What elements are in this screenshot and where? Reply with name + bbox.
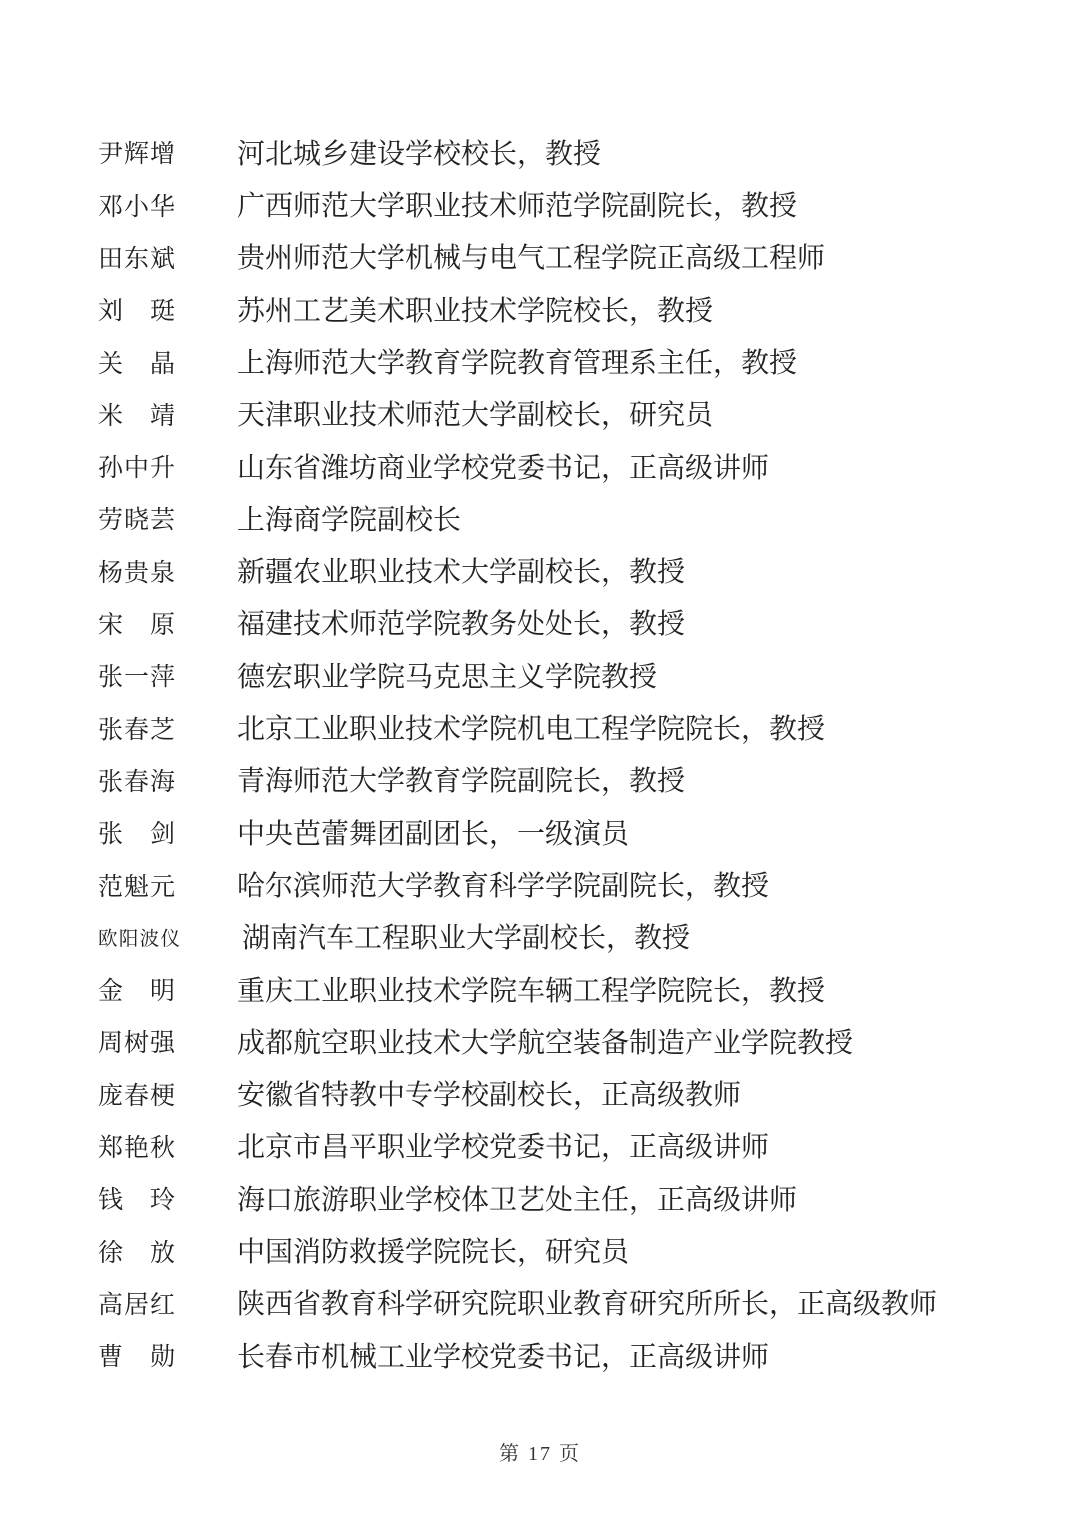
person-name: 周树强 [98, 1030, 175, 1058]
person-title: 北京工业职业技术学院机电工程学院院长，教授 [237, 715, 825, 746]
person-title: 上海师范大学教育学院教育管理系主任，教授 [237, 349, 797, 380]
person-name: 张春芝 [98, 717, 175, 745]
person-name: 宋原 [98, 612, 175, 640]
list-item: 宋原福建技术师范学院教务处处长，教授 [0, 600, 1080, 652]
list-item: 刘珽苏州工艺美术职业技术学院校长，教授 [0, 286, 1080, 338]
list-item: 周树强成都航空职业技术大学航空装备制造产业学院教授 [0, 1018, 1080, 1070]
person-name: 范魁元 [98, 874, 175, 902]
person-title: 湖南汽车工程职业大学副校长，教授 [242, 924, 690, 955]
page-number: 第 17 页 [0, 1437, 1080, 1466]
list-item: 范魁元哈尔滨师范大学教育科学学院副院长，教授 [0, 861, 1080, 913]
list-item: 张一萍德宏职业学院马克思主义学院教授 [0, 652, 1080, 704]
person-name: 张剑 [98, 821, 175, 849]
list-item: 郑艳秋北京市昌平职业学校党委书记，正高级讲师 [0, 1123, 1080, 1175]
person-name: 徐放 [98, 1240, 175, 1268]
person-title: 河北城乡建设学校校长，教授 [237, 140, 601, 171]
list-item: 金明重庆工业职业技术学院车辆工程学院院长，教授 [0, 966, 1080, 1018]
list-item: 高居红陕西省教育科学研究院职业教育研究所所长，正高级教师 [0, 1280, 1080, 1332]
person-name: 郑艳秋 [98, 1135, 175, 1163]
person-title: 长春市机械工业学校党委书记，正高级讲师 [237, 1343, 769, 1374]
person-title: 中央芭蕾舞团副团长，一级演员 [237, 820, 629, 851]
list-item: 劳晓芸上海商学院副校长 [0, 495, 1080, 547]
person-name: 田东斌 [98, 246, 175, 274]
person-title: 苏州工艺美术职业技术学院校长，教授 [237, 297, 713, 328]
person-title: 青海师范大学教育学院副院长，教授 [237, 767, 685, 798]
person-name: 张春海 [98, 769, 175, 797]
person-name: 钱玲 [98, 1187, 175, 1215]
person-title: 安徽省特教中专学校副校长，正高级教师 [237, 1081, 741, 1112]
person-name: 高居红 [98, 1292, 175, 1320]
list-item: 欧阳波仪湖南汽车工程职业大学副校长，教授 [0, 913, 1080, 965]
list-item: 孙中升山东省潍坊商业学校党委书记，正高级讲师 [0, 443, 1080, 495]
person-name: 欧阳波仪 [98, 929, 180, 950]
document-page: 尹辉增河北城乡建设学校校长，教授邓小华广西师范大学职业技术师范学院副院长，教授田… [0, 0, 1080, 1527]
person-title: 山东省潍坊商业学校党委书记，正高级讲师 [237, 454, 769, 485]
list-item: 庞春梗安徽省特教中专学校副校长，正高级教师 [0, 1070, 1080, 1122]
list-item: 张春海青海师范大学教育学院副院长，教授 [0, 757, 1080, 809]
person-name: 张一萍 [98, 664, 175, 692]
person-name: 尹辉增 [98, 141, 175, 169]
list-item: 钱玲海口旅游职业学校体卫艺处主任，正高级讲师 [0, 1175, 1080, 1227]
person-title: 北京市昌平职业学校党委书记，正高级讲师 [237, 1133, 769, 1164]
person-name: 曹勋 [98, 1344, 175, 1372]
person-title: 德宏职业学院马克思主义学院教授 [237, 663, 657, 694]
list-item: 张剑中央芭蕾舞团副团长，一级演员 [0, 809, 1080, 861]
list-item: 曹勋长春市机械工业学校党委书记，正高级讲师 [0, 1332, 1080, 1384]
person-title: 哈尔滨师范大学教育科学学院副院长，教授 [237, 872, 769, 903]
list-item: 田东斌贵州师范大学机械与电气工程学院正高级工程师 [0, 234, 1080, 286]
person-name: 刘珽 [98, 298, 175, 326]
person-title: 天津职业技术师范大学副校长，研究员 [237, 401, 713, 432]
person-name: 邓小华 [98, 194, 175, 222]
person-title: 海口旅游职业学校体卫艺处主任，正高级讲师 [237, 1186, 797, 1217]
person-name: 关晶 [98, 351, 175, 379]
person-title: 贵州师范大学机械与电气工程学院正高级工程师 [237, 244, 825, 275]
person-name: 杨贵泉 [98, 560, 175, 588]
person-name: 庞春梗 [98, 1083, 175, 1111]
person-name: 米靖 [98, 403, 175, 431]
list-item: 徐放中国消防救援学院院长，研究员 [0, 1227, 1080, 1279]
list-item: 尹辉增河北城乡建设学校校长，教授 [0, 129, 1080, 181]
person-title: 中国消防救援学院院长，研究员 [237, 1238, 629, 1269]
person-title: 福建技术师范学院教务处处长，教授 [237, 610, 685, 641]
person-name: 金明 [98, 978, 175, 1006]
list: 尹辉增河北城乡建设学校校长，教授邓小华广西师范大学职业技术师范学院副院长，教授田… [0, 129, 1080, 1384]
person-title: 广西师范大学职业技术师范学院副院长，教授 [237, 192, 797, 223]
person-name: 劳晓芸 [98, 507, 175, 535]
person-title: 成都航空职业技术大学航空装备制造产业学院教授 [237, 1029, 853, 1060]
list-item: 关晶上海师范大学教育学院教育管理系主任，教授 [0, 338, 1080, 390]
list-item: 邓小华广西师范大学职业技术师范学院副院长，教授 [0, 181, 1080, 233]
person-title: 陕西省教育科学研究院职业教育研究所所长，正高级教师 [237, 1290, 937, 1321]
person-name: 孙中升 [98, 455, 175, 483]
list-item: 米靖天津职业技术师范大学副校长，研究员 [0, 390, 1080, 442]
person-title: 重庆工业职业技术学院车辆工程学院院长，教授 [237, 977, 825, 1008]
list-item: 杨贵泉新疆农业职业技术大学副校长，教授 [0, 547, 1080, 599]
list-item: 张春芝北京工业职业技术学院机电工程学院院长，教授 [0, 704, 1080, 756]
person-title: 上海商学院副校长 [237, 506, 461, 537]
person-title: 新疆农业职业技术大学副校长，教授 [237, 558, 685, 589]
